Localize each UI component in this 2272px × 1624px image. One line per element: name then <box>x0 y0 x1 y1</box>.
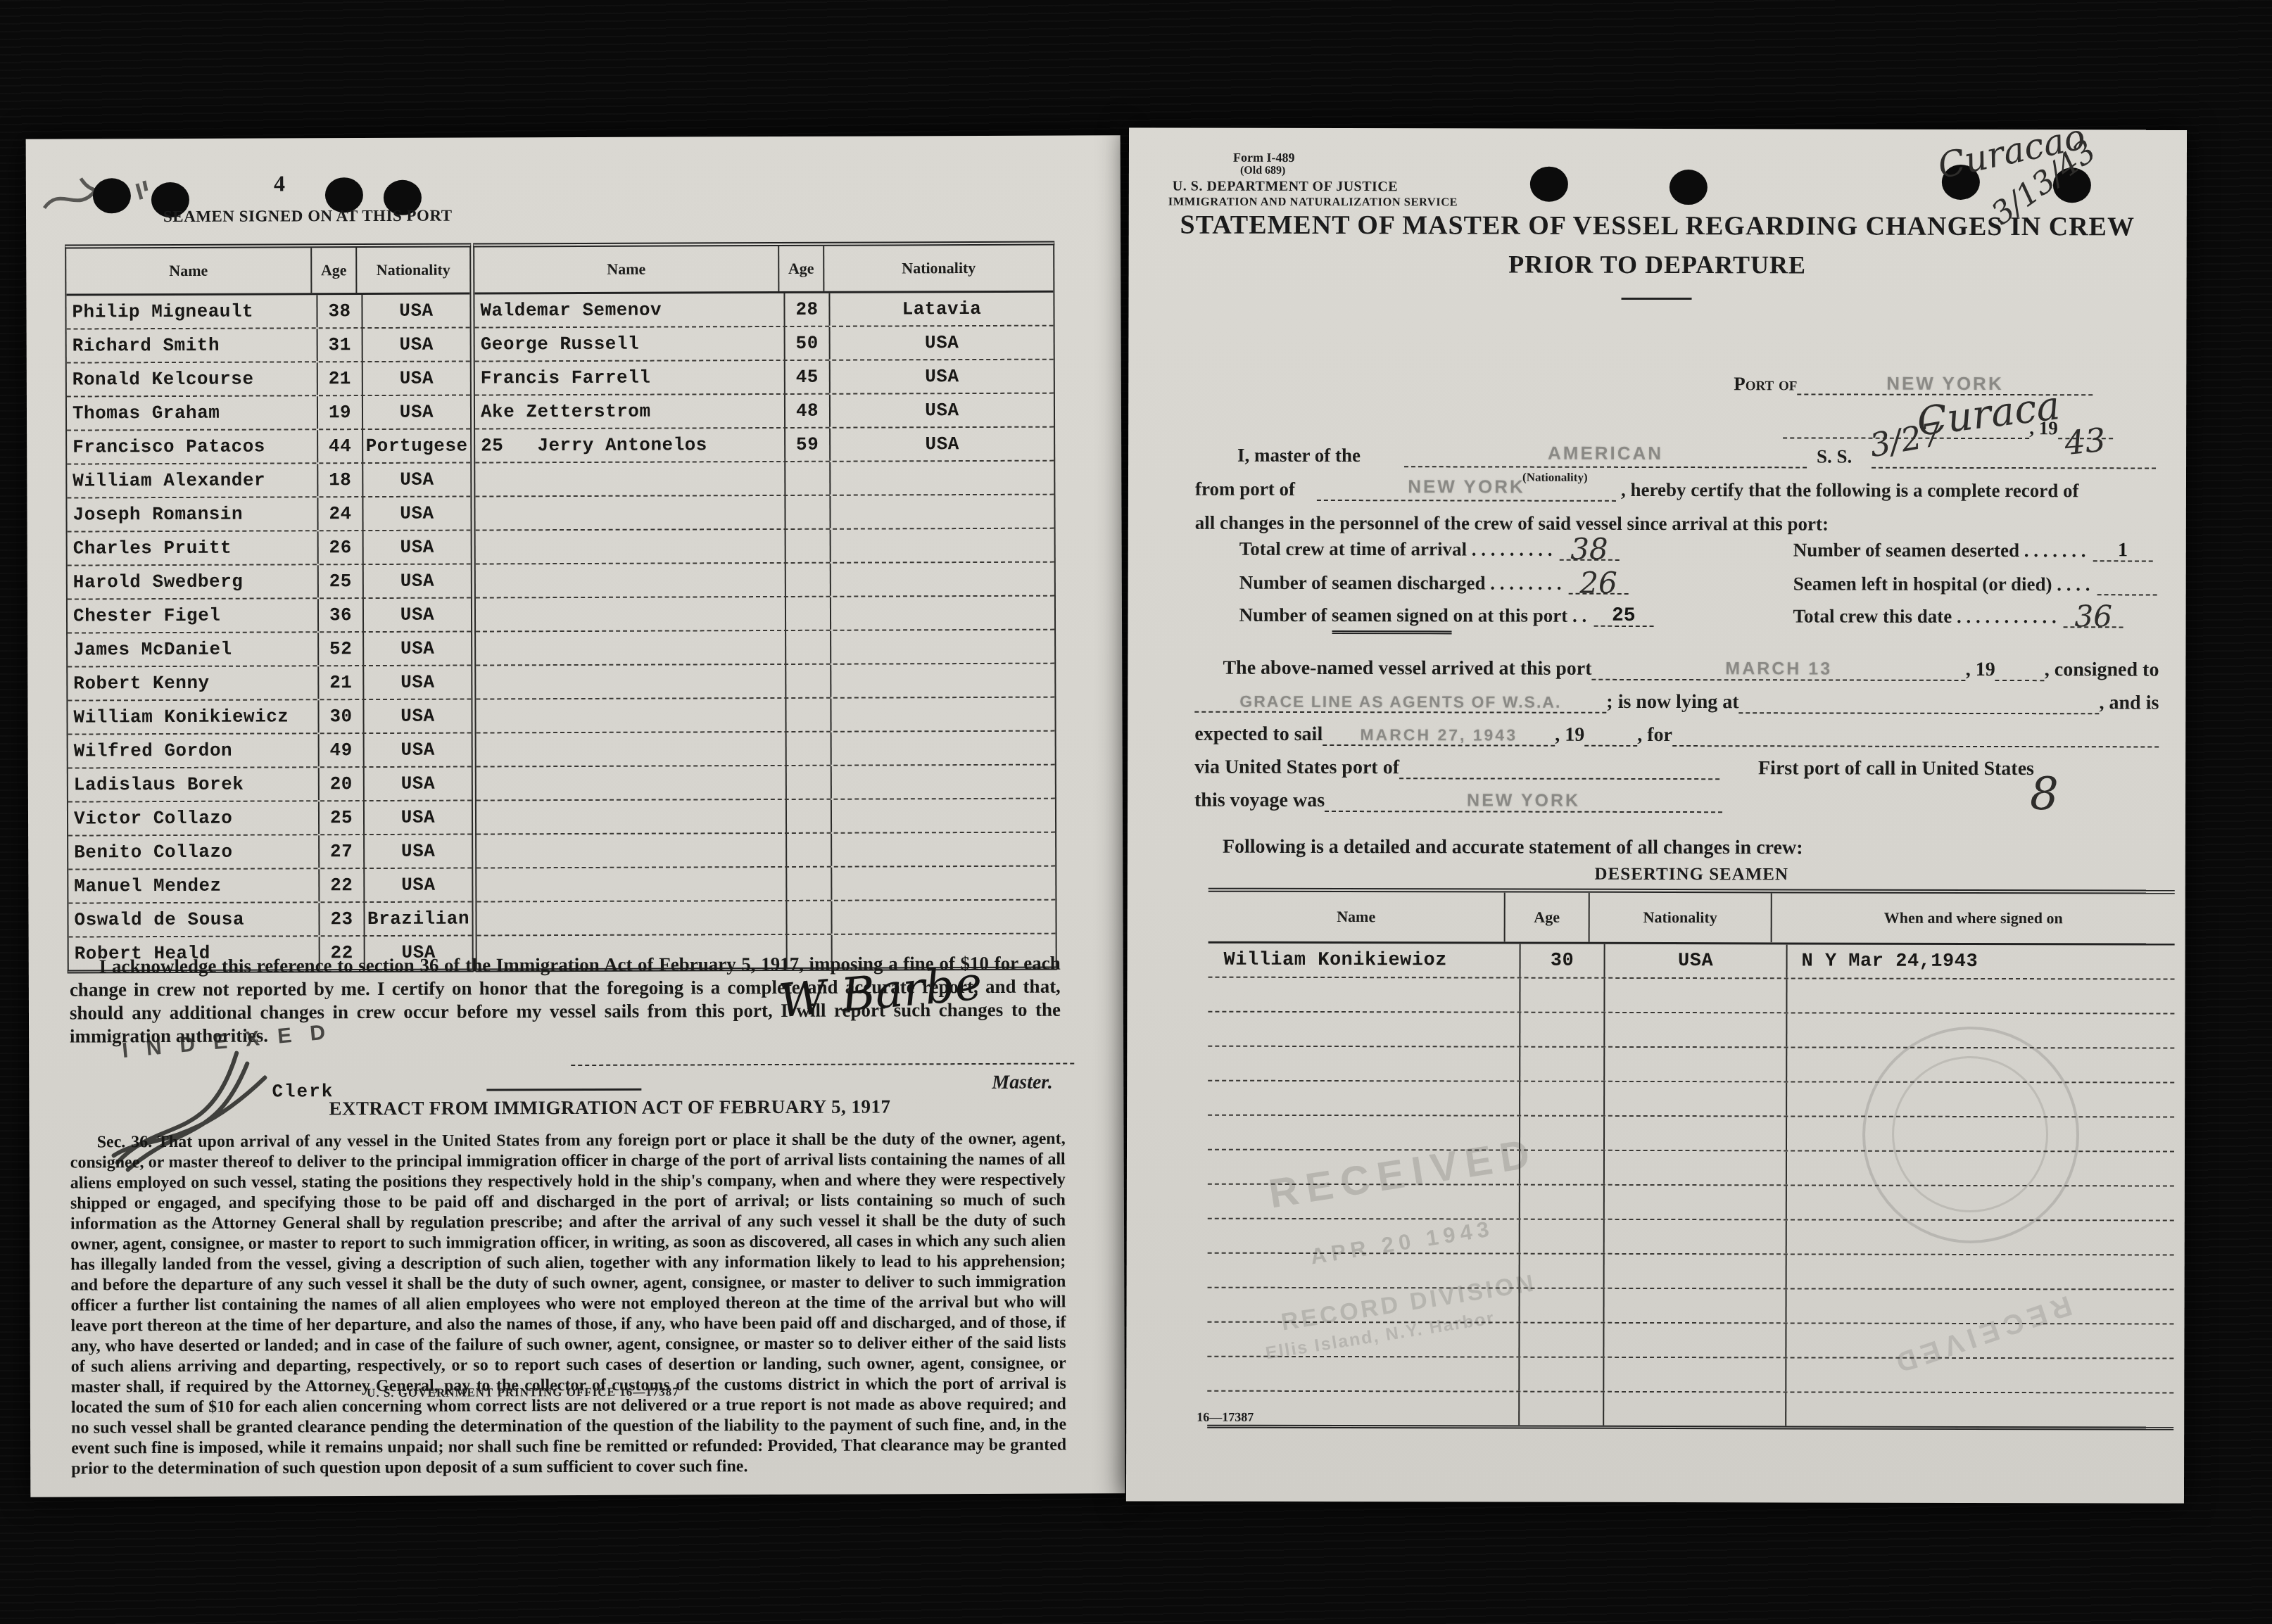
name-header: Name <box>474 246 779 293</box>
table-row <box>477 766 1055 801</box>
table-row <box>476 698 1054 734</box>
table-row: William Konikiewioz 30 USA N Y Mar 24,19… <box>1208 944 2175 980</box>
age-cell: 59 <box>785 429 831 461</box>
extract-heading: EXTRACT FROM IMMIGRATION ACT OF FEBRUARY… <box>261 1096 958 1119</box>
nationality-cell: USA <box>831 326 1054 360</box>
age-cell: 25 <box>320 801 365 834</box>
age-cell: 30 <box>1521 944 1605 977</box>
form-title-line1: STATEMENT OF MASTER OF VESSEL REGARDING … <box>1171 210 2144 243</box>
nationality-cell <box>831 495 1054 528</box>
count-label: Number of seamen signed on at this port … <box>1239 604 1587 627</box>
nationality-header: Nationality <box>357 248 469 293</box>
handwritten-page-number: 8 <box>2030 768 2059 820</box>
count-label: Number of seamen deserted . . . . . . . <box>1793 539 2086 562</box>
sail-date-blank: MARCH 27, 1943 <box>1323 722 1555 747</box>
age-cell: 18 <box>318 464 363 496</box>
table-row <box>475 495 1054 531</box>
age-cell <box>787 800 832 832</box>
table-row: Ronald Kelcourse 21 USA <box>67 362 470 398</box>
count-blank: 36 <box>2064 602 2123 628</box>
nationality-cell <box>831 630 1054 664</box>
name-cell: Thomas Graham <box>67 396 318 429</box>
when-where-header: When and where signed on <box>1772 893 2175 943</box>
nationality-cell <box>831 529 1054 562</box>
age-cell: 28 <box>785 293 830 326</box>
name-cell <box>477 732 787 766</box>
nationality-cell: USA <box>365 734 472 767</box>
nationality-cell: USA <box>365 835 472 868</box>
form-title-line2: PRIOR TO DEPARTURE <box>1171 249 2144 281</box>
voyage-stamp: NEW YORK <box>1467 790 1580 811</box>
age-cell: 52 <box>319 633 364 665</box>
consignee-blank: GRACE LINE AS AGENTS OF W.S.A. <box>1194 689 1606 713</box>
age-cell: 50 <box>785 327 831 360</box>
nationality-cell: USA <box>365 801 472 835</box>
nationality-cell <box>832 901 1055 934</box>
name-cell <box>476 631 786 665</box>
table-row: Wilfred Gordon 49 USA <box>68 734 472 769</box>
table-header: Name Age Nationality <box>474 246 1053 295</box>
age-cell <box>1520 1393 1604 1426</box>
count-line: Number of seamen signed on at this port … <box>1239 601 1654 627</box>
table-row: 25Jerry Antonelos 59 USA <box>475 428 1054 464</box>
nationality-cell: USA <box>364 700 471 733</box>
age-cell <box>1520 1082 1605 1115</box>
name-cell <box>476 665 786 699</box>
name-cell: Benito Collazo <box>68 835 320 868</box>
age-header: Age <box>779 246 824 291</box>
punch-hole <box>93 178 131 213</box>
age-cell: 36 <box>319 599 364 631</box>
nationality-cell <box>831 462 1054 495</box>
age-cell: 26 <box>319 531 364 564</box>
table-row: James McDaniel 52 USA <box>68 633 471 668</box>
age-cell <box>786 631 831 664</box>
table-row: Charles Pruitt 26 USA <box>68 531 471 566</box>
age-cell: 27 <box>320 835 365 868</box>
name-cell: Oswald de Sousa <box>68 903 320 936</box>
count-value: 38 <box>1570 532 1608 566</box>
name-cell <box>476 699 786 732</box>
arrived-date-blank: MARCH 13 <box>1592 656 1966 681</box>
count-line: Number of seamen deserted . . . . . . .1 <box>1793 535 2153 562</box>
when-where-cell <box>1786 1393 2173 1426</box>
table-row: Ake Zetterstrom 48 USA <box>475 394 1054 430</box>
nationality-cell <box>831 597 1054 630</box>
year-blank <box>1584 723 1637 747</box>
name-cell: William Konikiewioz <box>1208 944 1521 977</box>
table-row <box>477 833 1055 869</box>
nationality-cell <box>1605 1220 1787 1254</box>
count-blank: 26 <box>1568 569 1628 595</box>
left-page-title: SEAMEN SIGNED ON AT THIS PORT <box>163 207 403 226</box>
table-row: George Russell 50 USA <box>475 326 1054 362</box>
age-cell <box>787 868 832 900</box>
year-blank <box>1995 657 2045 681</box>
section-36-paragraph: Sec. 36. That upon arrival of any vessel… <box>70 1129 1067 1480</box>
age-header: Age <box>312 248 357 293</box>
printing-office-footer: U. S. GOVERNMENT PRINTING OFFICE 16—1738… <box>277 1385 769 1400</box>
name-cell: Chester Figel <box>68 599 319 632</box>
name-cell: Charles Pruitt <box>68 531 319 564</box>
nationality-cell <box>1605 1151 1787 1185</box>
nationality-cell: USA <box>364 633 471 666</box>
nationality-cell: USA <box>364 666 471 699</box>
when-where-cell <box>1786 1358 2173 1392</box>
arrival-text: expected to sail <box>1194 723 1323 746</box>
table-row <box>477 732 1055 768</box>
age-cell: 20 <box>320 768 365 800</box>
count-line: Seamen left in hospital (or died) . . . … <box>1793 569 2157 595</box>
nationality-cell: USA <box>365 869 472 902</box>
table-row <box>476 529 1054 565</box>
table-row <box>1208 978 2174 1015</box>
port-of-label: Port of <box>1734 373 1797 395</box>
name-cell <box>476 564 786 597</box>
via-port-blank <box>1399 755 1719 780</box>
nationality-cell: USA <box>363 497 470 531</box>
when-where-cell <box>1787 1255 2174 1288</box>
plate-number-footer: 16—17387 <box>1197 1410 1254 1425</box>
table-row <box>476 664 1054 700</box>
name-cell: George Russell <box>475 327 785 361</box>
table-row: Manuel Mendez 22 USA <box>68 869 472 904</box>
table-row <box>475 462 1054 497</box>
table-row <box>477 867 1055 903</box>
age-cell <box>785 462 831 495</box>
count-value: 36 <box>2075 599 2113 633</box>
name-cell: Ake Zetterstrom <box>475 395 785 429</box>
count-label: Number of seamen discharged . . . . . . … <box>1239 572 1562 595</box>
nationality-cell <box>1604 1393 1786 1426</box>
nationality-cell <box>1605 1048 1787 1081</box>
table-row: Richard Smith 31 USA <box>67 329 470 364</box>
name-cell: Richard Smith <box>67 329 318 362</box>
nationality-cell: Latavia <box>830 293 1053 326</box>
name-cell <box>1207 1392 1520 1426</box>
arrival-text: , consigned to <box>2045 659 2159 681</box>
consignee-stamp: GRACE LINE AS AGENTS OF W.S.A. <box>1239 692 1561 712</box>
count-blank: 25 <box>1593 602 1653 627</box>
age-cell <box>786 597 831 630</box>
seamen-table-left: Name Age Nationality Philip Migneault 38… <box>65 243 474 974</box>
count-line: Total crew this date . . . . . . . . . .… <box>1793 602 2123 628</box>
age-cell <box>1520 1358 1604 1391</box>
age-cell <box>1520 979 1605 1012</box>
table-row: Ladislaus Borek 20 USA <box>68 768 472 803</box>
count-label: Seamen left in hospital (or died) . . . … <box>1793 573 2090 595</box>
count-line: Number of seamen discharged . . . . . . … <box>1239 569 1629 595</box>
name-cell: Harold Swedberg <box>68 565 319 598</box>
count-value: 26 <box>1579 566 1617 600</box>
table-row: Waldemar Semenov 28 Latavia <box>474 293 1053 329</box>
table-row <box>476 597 1054 633</box>
name-cell: Joseph Romansin <box>67 497 318 531</box>
left-page: 4 SEAMEN SIGNED ON AT THIS PORT Name Age… <box>26 135 1125 1497</box>
nationality-header: Nationality <box>1590 893 1772 943</box>
name-cell <box>476 597 786 631</box>
table-row: Francisco Patacos 44 Portugese <box>67 430 470 465</box>
name-cell: 25Jerry Antonelos <box>475 429 785 462</box>
arrival-line-5: this voyage was NEW YORK <box>1194 788 2159 814</box>
name-cell <box>1208 1081 1520 1115</box>
count-blank: 38 <box>1559 535 1619 561</box>
name-cell: Francisco Patacos <box>67 430 318 463</box>
table-row: Joseph Romansin 24 USA <box>67 497 470 533</box>
table-row: Benito Collazo 27 USA <box>68 835 472 870</box>
nationality-cell: Portugese <box>363 430 470 463</box>
name-cell <box>475 462 785 496</box>
lying-at-blank <box>1739 690 2100 714</box>
signature-line <box>571 1063 1074 1066</box>
age-cell <box>787 766 832 799</box>
service-line: IMMIGRATION AND NATURALIZATION SERVICE <box>1168 195 1458 210</box>
age-cell: 22 <box>320 869 365 901</box>
table-row: Chester Figel 36 USA <box>68 599 471 634</box>
name-cell: Robert Kenny <box>68 666 319 699</box>
age-cell: 48 <box>785 395 831 427</box>
nationality-cell: USA <box>364 531 471 564</box>
arrival-text: , and is <box>2099 692 2159 714</box>
table-row <box>476 630 1054 666</box>
nationality-cell: USA <box>831 394 1054 427</box>
nationality-cell <box>832 799 1055 832</box>
name-cell <box>475 496 785 530</box>
nationality-cell: USA <box>1605 944 1788 978</box>
nationality-cell <box>831 563 1054 596</box>
form-number-old: (Old 689) <box>1240 165 1285 177</box>
title-rule <box>1622 298 1692 300</box>
nationality-cell: USA <box>363 396 470 429</box>
age-cell <box>1520 1013 1605 1046</box>
name-cell: Ladislaus Borek <box>68 768 320 801</box>
nationality-cell: Brazilian <box>365 903 472 936</box>
when-where-cell <box>1787 979 2174 1013</box>
nationality-cell: USA <box>363 464 470 497</box>
age-cell <box>787 901 832 934</box>
name-cell: James McDaniel <box>68 633 319 666</box>
destination-blank <box>1672 723 2159 747</box>
age-cell: 38 <box>317 295 362 327</box>
name-cell: Philip Migneault <box>66 295 317 328</box>
table-row: Robert Kenny 21 USA <box>68 666 471 702</box>
table-row <box>1207 1392 2173 1427</box>
arrival-text: , 19 <box>1966 659 1995 681</box>
age-header: Age <box>1506 893 1590 942</box>
nationality-cell <box>832 867 1055 900</box>
count-label: Total crew this date . . . . . . . . . .… <box>1793 605 2057 628</box>
arrival-text: ; is now lying at <box>1606 691 1738 713</box>
name-header: Name <box>66 248 312 293</box>
name-cell <box>477 766 787 800</box>
name-header: Name <box>1208 892 1506 942</box>
age-cell: 21 <box>319 666 364 699</box>
arrival-line-3: expected to sail MARCH 27, 1943 , 19 , f… <box>1194 722 2159 748</box>
name-cell <box>1207 1357 1520 1391</box>
name-cell <box>477 834 787 868</box>
name-cell: Waldemar Semenov <box>474 293 785 327</box>
nationality-cell <box>1605 1117 1787 1150</box>
name-cell <box>477 901 787 935</box>
form-number: Form I-489 <box>1233 151 1295 165</box>
nationality-cell: USA <box>365 768 472 801</box>
certify-text: , hereby certify that the following is a… <box>1621 479 2079 502</box>
table-row: Thomas Graham 19 USA <box>67 396 470 431</box>
table-header: Name Age Nationality <box>66 248 469 296</box>
divider-rule <box>486 1089 641 1091</box>
table-row: William Alexander 18 USA <box>67 464 470 499</box>
age-cell: 21 <box>318 362 363 395</box>
nationality-cell <box>1605 1013 1787 1047</box>
nationality-cell <box>832 732 1055 765</box>
age-cell: 19 <box>318 396 363 429</box>
counts-divider-rule <box>1332 630 1452 634</box>
count-value: 1 <box>2118 539 2128 562</box>
name-cell <box>1208 978 1520 1012</box>
age-cell <box>787 834 832 866</box>
name-cell: Ronald Kelcourse <box>67 362 318 395</box>
count-line: Total crew at time of arrival . . . . . … <box>1239 535 1620 561</box>
nationality-cell <box>1605 1186 1787 1219</box>
age-cell <box>786 699 831 731</box>
age-cell: 25 <box>319 565 364 597</box>
arrival-line-4: via United States port of First port of … <box>1194 755 2159 781</box>
age-cell <box>1520 1220 1605 1253</box>
age-cell <box>785 496 831 528</box>
name-cell <box>1208 1047 1520 1081</box>
circular-stamp <box>1862 1027 2080 1244</box>
age-cell: 45 <box>785 361 831 393</box>
table-row <box>1207 1357 2173 1394</box>
nationality-cell <box>831 664 1054 697</box>
name-cell <box>1208 1013 1520 1046</box>
count-label: Total crew at time of arrival . . . . . … <box>1239 538 1553 561</box>
nationality-header: Nationality <box>824 246 1053 291</box>
sail-stamp: MARCH 27, 1943 <box>1360 725 1517 744</box>
age-cell: 30 <box>319 700 364 732</box>
nationality-cell: USA <box>831 428 1054 461</box>
age-cell <box>1520 1324 1604 1357</box>
count-blank: 1 <box>2093 536 2152 562</box>
table-row: Philip Migneault 38 USA <box>66 295 469 330</box>
age-cell: 44 <box>318 430 363 462</box>
punch-hole <box>1530 167 1568 202</box>
table-row: Harold Swedberg 25 USA <box>68 565 471 600</box>
count-value: 25 <box>1612 605 1636 627</box>
nationality-cell <box>1604 1358 1786 1392</box>
table-header: Name Age Nationality When and where sign… <box>1208 892 2175 946</box>
age-cell: 31 <box>318 329 363 361</box>
table-row: Oswald de Sousa 23 Brazilian <box>68 903 472 938</box>
table-row <box>476 563 1054 599</box>
age-cell <box>786 665 831 697</box>
nationality-cell: USA <box>364 599 471 632</box>
deserting-seamen-heading: DESERTING SEAMEN <box>1208 864 2175 886</box>
arrival-text: First port of call in United States <box>1758 757 2034 780</box>
nationality-cell <box>1604 1289 1786 1323</box>
from-port-label: from port of <box>1195 478 1295 500</box>
table-row <box>477 901 1055 937</box>
table-row: William Konikiewicz 30 USA <box>68 700 471 735</box>
punch-hole <box>1670 170 1708 205</box>
name-cell <box>477 800 787 834</box>
age-cell <box>1520 1048 1605 1081</box>
table-row: Francis Farrell 45 USA <box>475 360 1054 396</box>
nationality-cell: USA <box>831 360 1054 393</box>
arrived-stamp: MARCH 13 <box>1725 659 1832 679</box>
nationality-cell <box>1605 979 1787 1013</box>
right-page: Form I-489 (Old 689) U. S. DEPARTMENT OF… <box>1126 127 2187 1503</box>
name-cell: Manuel Mendez <box>68 869 320 902</box>
arrival-text: The above-named vessel arrived at this p… <box>1223 657 1591 680</box>
name-cell: Wilfred Gordon <box>68 734 320 767</box>
age-cell: 23 <box>320 903 365 935</box>
arrival-text: via United States port of <box>1194 756 1399 780</box>
age-cell <box>1520 1186 1605 1219</box>
age-cell <box>786 564 831 596</box>
age-cell: 24 <box>318 497 363 530</box>
from-port-blank: NEW YORK <box>1317 459 1616 502</box>
nationality-cell: USA <box>363 362 470 395</box>
name-cell <box>476 530 786 564</box>
nationality-cell <box>1605 1255 1787 1288</box>
count-blank <box>2097 570 2157 595</box>
when-where-cell: N Y Mar 24,1943 <box>1788 944 2175 978</box>
name-cell: Victor Collazo <box>68 801 320 835</box>
page-number: 4 <box>274 170 285 196</box>
name-cell: William Konikiewicz <box>68 700 319 733</box>
arrival-text: this voyage was <box>1194 789 1325 812</box>
nationality-cell <box>1605 1082 1787 1116</box>
nationality-cell: USA <box>363 329 470 362</box>
voyage-blank: NEW YORK <box>1325 788 1722 813</box>
nationality-cell <box>832 766 1055 799</box>
changes-line: all changes in the personnel of the crew… <box>1195 512 1829 535</box>
nationality-cell <box>831 698 1054 731</box>
table-row: Victor Collazo 25 USA <box>68 801 472 837</box>
nationality-cell <box>1604 1324 1786 1357</box>
age-cell: 49 <box>320 734 365 766</box>
table-row <box>477 799 1055 835</box>
scanned-document: 4 SEAMEN SIGNED ON AT THIS PORT Name Age… <box>0 0 2272 1624</box>
nationality-cell: USA <box>364 565 471 598</box>
arrival-line-2: GRACE LINE AS AGENTS OF W.S.A. ; is now … <box>1194 689 2159 715</box>
age-cell <box>787 732 832 765</box>
name-cell: Francis Farrell <box>475 361 785 395</box>
nationality-cell <box>832 833 1055 866</box>
ss-label: S. S. <box>1817 445 1852 467</box>
nationality-cell: USA <box>362 295 469 328</box>
arrival-text: , 19 <box>1555 724 1584 747</box>
from-port-stamp: NEW YORK <box>1408 476 1525 497</box>
following-line: Following is a detailed and accurate sta… <box>1194 836 1803 860</box>
age-cell <box>786 530 831 562</box>
department-line: U. S. DEPARTMENT OF JUSTICE <box>1173 179 1398 196</box>
name-cell: William Alexander <box>67 464 318 497</box>
name-cell <box>477 868 787 901</box>
seamen-table-right: Name Age Nationality Waldemar Semenov 28… <box>473 241 1057 972</box>
arrival-line-1: The above-named vessel arrived at this p… <box>1194 656 2159 682</box>
arrival-text: , for <box>1637 724 1672 747</box>
master-label: Master. <box>992 1072 1052 1094</box>
